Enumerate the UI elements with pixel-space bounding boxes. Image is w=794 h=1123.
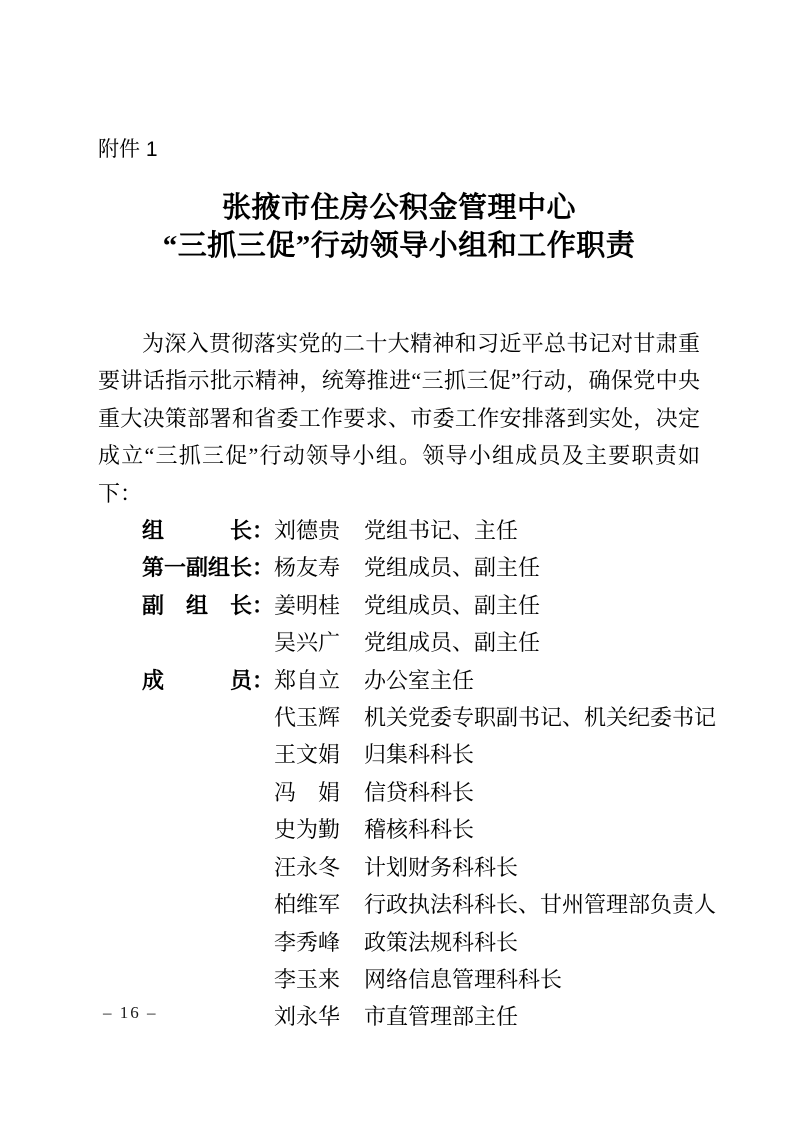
document-content: 附件 1 张掖市住房公积金管理中心 “三抓三促”行动领导小组和工作职责 为深入贯… — [0, 0, 794, 1036]
member-title: 市直管理部主任 — [364, 1004, 518, 1029]
document-title-line1: 张掖市住房公积金管理中心 — [98, 189, 700, 227]
roster-row: 副 组 长：姜明桂党组成员、副主任 — [142, 587, 700, 624]
intro-paragraph: 为深入贯彻落实党的二十大精神和习近平总书记对甘肃重要讲话指示批示精神，统筹推进“… — [98, 325, 700, 512]
attachment-label: 附件 1 — [98, 137, 700, 163]
roster-row: 冯 娟信贷科科长 — [142, 774, 700, 811]
roster-row: 李玉来网络信息管理科科长 — [142, 961, 700, 998]
member-title: 党组书记、主任 — [364, 518, 518, 543]
roster-row: 汪永冬计划财务科科长 — [142, 849, 700, 886]
member-name: 姜明桂 — [274, 587, 342, 624]
member-title: 稽核科科长 — [364, 817, 474, 842]
role-label: 组 长： — [142, 512, 274, 549]
roster-row: 成 员：郑自立办公室主任 — [142, 662, 700, 699]
roster-row: 代玉辉机关党委专职副书记、机关纪委书记 — [142, 699, 700, 736]
roster-row: 李秀峰政策法规科科长 — [142, 924, 700, 961]
member-title: 党组成员、副主任 — [364, 593, 540, 618]
member-title: 机关党委专职副书记、机关纪委书记 — [364, 705, 716, 730]
leadership-roster: 组 长：刘德贵党组书记、主任 第一副组长：杨友寿党组成员、副主任 副 组 长：姜… — [142, 512, 700, 1036]
role-label: 成 员： — [142, 662, 274, 699]
member-name: 冯 娟 — [274, 774, 342, 811]
roster-row: 史为勤稽核科科长 — [142, 811, 700, 848]
member-name: 刘德贵 — [274, 512, 342, 549]
member-name: 吴兴广 — [274, 624, 342, 661]
document-title: 张掖市住房公积金管理中心 “三抓三促”行动领导小组和工作职责 — [98, 189, 700, 265]
member-title: 行政执法科科长、甘州管理部负责人 — [364, 892, 716, 917]
member-name: 代玉辉 — [274, 699, 342, 736]
member-title: 计划财务科科长 — [364, 855, 518, 880]
member-name: 杨友寿 — [274, 549, 342, 586]
roster-row: 组 长：刘德贵党组书记、主任 — [142, 512, 700, 549]
role-label: 第一副组长： — [142, 549, 274, 586]
member-name: 郑自立 — [274, 662, 342, 699]
member-title: 归集科科长 — [364, 742, 474, 767]
member-name: 汪永冬 — [274, 849, 342, 886]
member-name: 李玉来 — [274, 961, 342, 998]
roster-row: 第一副组长：杨友寿党组成员、副主任 — [142, 549, 700, 586]
member-title: 信贷科科长 — [364, 780, 474, 805]
member-title: 党组成员、副主任 — [364, 555, 540, 580]
document-title-line2: “三抓三促”行动领导小组和工作职责 — [98, 227, 700, 265]
member-title: 网络信息管理科科长 — [364, 967, 562, 992]
member-title: 办公室主任 — [364, 668, 474, 693]
role-label: 副 组 长： — [142, 587, 274, 624]
roster-row: 吴兴广党组成员、副主任 — [142, 624, 700, 661]
member-title: 政策法规科科长 — [364, 930, 518, 955]
member-name: 刘永华 — [274, 998, 342, 1035]
member-name: 柏维军 — [274, 886, 342, 923]
roster-row: 王文娟归集科科长 — [142, 736, 700, 773]
document-page: 附件 1 张掖市住房公积金管理中心 “三抓三促”行动领导小组和工作职责 为深入贯… — [0, 0, 794, 1123]
member-name: 李秀峰 — [274, 924, 342, 961]
roster-row: 柏维军行政执法科科长、甘州管理部负责人 — [142, 886, 700, 923]
member-title: 党组成员、副主任 — [364, 630, 540, 655]
page-number: – 16 – — [103, 1003, 158, 1023]
member-name: 王文娟 — [274, 736, 342, 773]
roster-row: 刘永华市直管理部主任 — [142, 998, 700, 1035]
member-name: 史为勤 — [274, 811, 342, 848]
